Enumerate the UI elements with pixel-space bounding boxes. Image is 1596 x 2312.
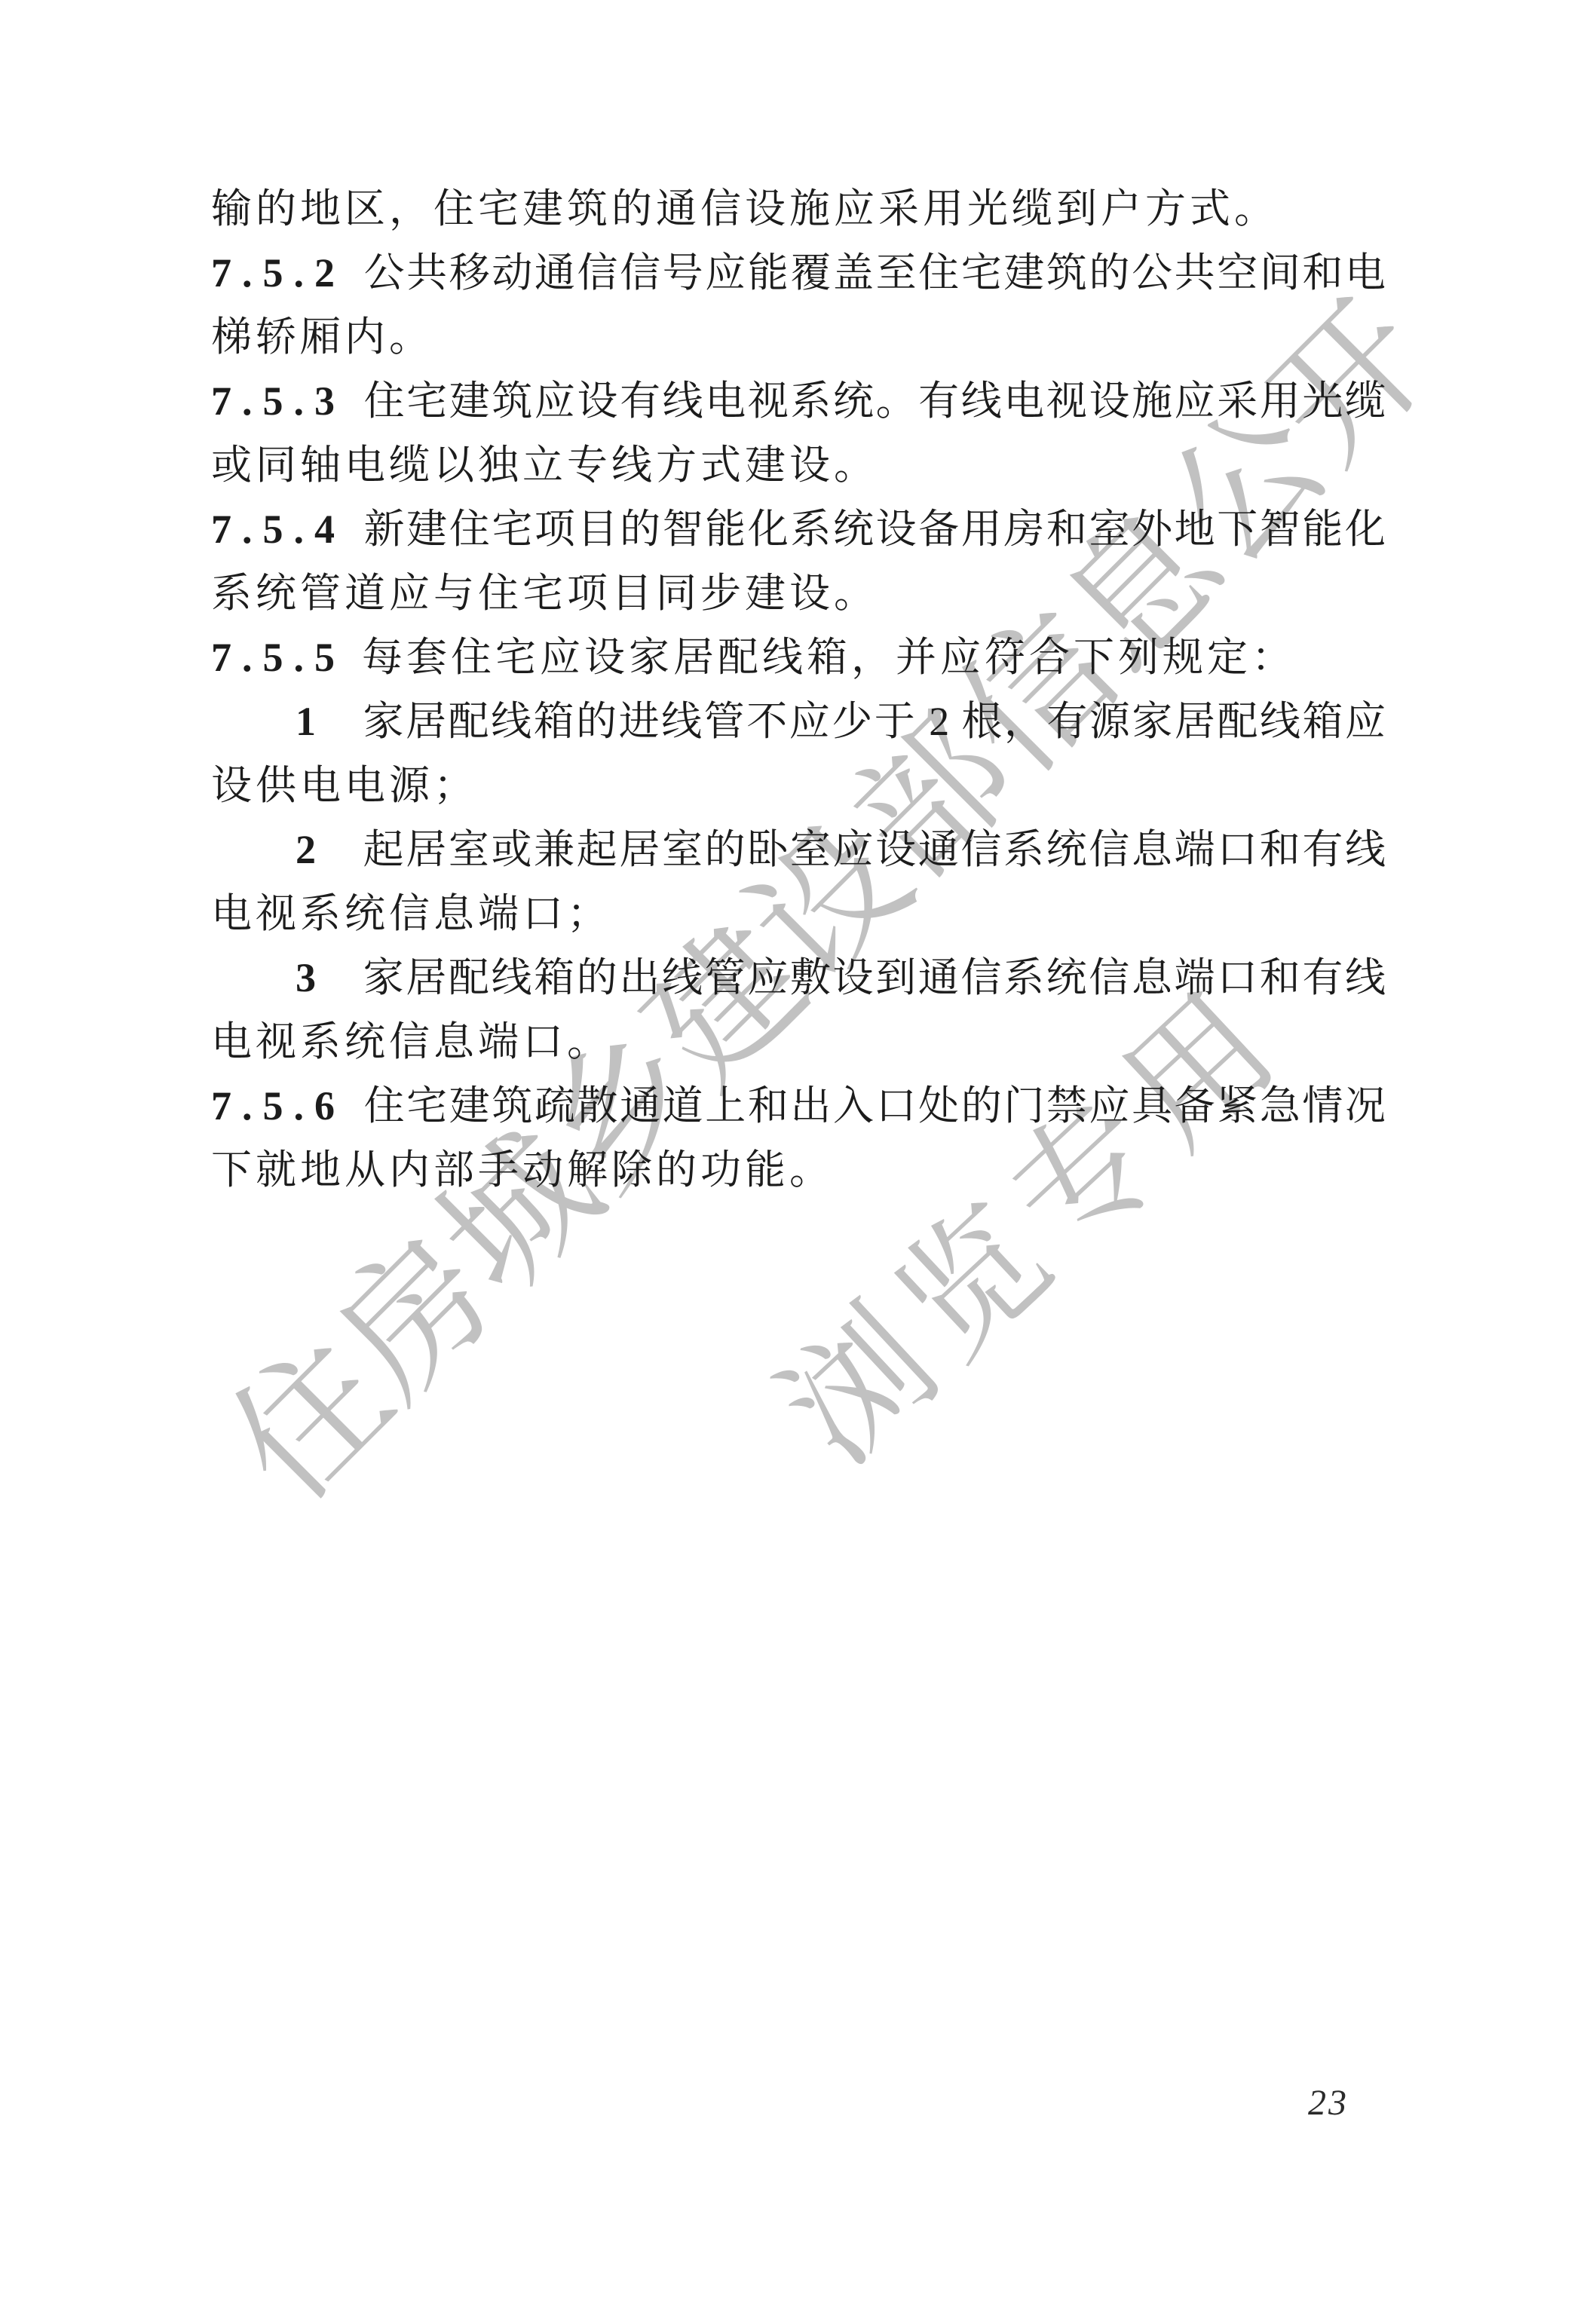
text-line-5: 或同轴电缆以独立专线方式建设。: [211, 433, 1386, 498]
text-line-15: 7.5.6住宅建筑疏散通道上和出入口处的门禁应具备紧急情况: [211, 1074, 1386, 1138]
line-text: 住宅建筑疏散通道上和出入口处的门禁应具备紧急情况: [362, 1083, 1386, 1128]
text-line-8: 7.5.5每套住宅应设家居配线箱，并应符合下列规定：: [211, 626, 1386, 690]
text-line-16: 下就地从内部手动解除的功能。: [211, 1138, 1386, 1202]
line-text: 电视系统信息端口；: [211, 891, 611, 936]
text-line-4: 7.5.3住宅建筑应设有线电视系统。有线电视设施应采用光缆: [211, 369, 1386, 433]
section-number: 7.5.6: [211, 1083, 345, 1128]
item-number: 1: [296, 699, 326, 744]
line-text: 下就地从内部手动解除的功能。: [211, 1147, 834, 1193]
line-text: 住宅建筑应设有线电视系统。有线电视设施应采用光缆: [362, 378, 1386, 424]
text-line-11: 2起居室或兼起居室的卧室应设通信系统信息端口和有线: [211, 818, 1386, 882]
line-text: 输的地区，住宅建筑的通信设施应采用光缆到户方式。: [211, 186, 1279, 231]
section-number: 7.5.2: [211, 250, 345, 296]
document-page: 住房城乡建设部信息公开 浏览专用 输的地区，住宅建筑的通信设施应采用光缆到户方式…: [0, 0, 1596, 2312]
text-line-7: 系统管道应与住宅项目同步建设。: [211, 562, 1386, 626]
text-line-2: 7.5.2公共移动通信信号应能覆盖至住宅建筑的公共空间和电: [211, 241, 1386, 305]
line-text: 公共移动通信信号应能覆盖至住宅建筑的公共空间和电: [362, 250, 1386, 296]
line-text: 或同轴电缆以独立专线方式建设。: [211, 442, 878, 488]
line-text: 每套住宅应设家居配线箱，并应符合下列规定：: [362, 635, 1296, 680]
text-line-1: 输的地区，住宅建筑的通信设施应采用光缆到户方式。: [211, 177, 1386, 241]
section-number: 7.5.5: [211, 635, 345, 680]
text-line-10: 设供电电源；: [211, 754, 1386, 818]
line-text: 梯轿厢内。: [211, 314, 433, 360]
text-line-12: 电视系统信息端口；: [211, 882, 1386, 946]
text-line-14: 电视系统信息端口。: [211, 1010, 1386, 1074]
line-text: 设供电电源；: [211, 763, 478, 808]
page-number: 23: [1308, 2082, 1349, 2124]
text-line-6: 7.5.4新建住宅项目的智能化系统设备用房和室外地下智能化: [211, 498, 1386, 562]
line-text: 系统管道应与住宅项目同步建设。: [211, 571, 878, 616]
section-number: 7.5.3: [211, 378, 345, 424]
document-body: 输的地区，住宅建筑的通信设施应采用光缆到户方式。 7.5.2公共移动通信信号应能…: [211, 177, 1386, 1202]
item-number: 2: [296, 827, 326, 872]
text-line-13: 3家居配线箱的出线管应敷设到通信系统信息端口和有线: [211, 946, 1386, 1010]
line-text: 新建住宅项目的智能化系统设备用房和室外地下智能化: [362, 507, 1386, 552]
text-line-3: 梯轿厢内。: [211, 305, 1386, 369]
line-text: 电视系统信息端口。: [211, 1019, 611, 1064]
line-text: 家居配线箱的出线管应敷设到通信系统信息端口和有线: [361, 955, 1386, 1000]
section-number: 7.5.4: [211, 507, 345, 552]
item-number: 3: [296, 955, 326, 1000]
line-text: 家居配线箱的进线管不应少于 2 根，有源家居配线箱应: [361, 699, 1386, 744]
text-line-9: 1家居配线箱的进线管不应少于 2 根，有源家居配线箱应: [211, 690, 1386, 754]
line-text: 起居室或兼起居室的卧室应设通信系统信息端口和有线: [361, 827, 1386, 872]
